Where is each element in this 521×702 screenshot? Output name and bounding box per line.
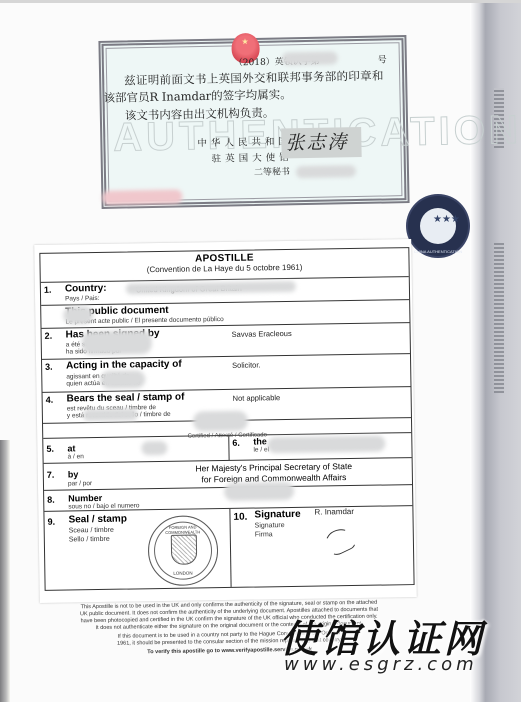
signature-scribble [322, 524, 358, 558]
certificate-text-line3: 该文书内容由出文机构负责。 [125, 105, 275, 124]
certificate-text-line2: 该部官员R Inamdar的签字均属实。 [103, 86, 292, 106]
top-edge [0, 0, 521, 3]
redacted-date [102, 189, 182, 205]
apostille-table: APOSTILLE (Convention de La Haye du 5 oc… [39, 247, 414, 591]
handwritten-signature: 张志涛 [281, 127, 362, 159]
brand-url: www.esgrz.com [284, 654, 478, 675]
apostille-document: APOSTILLE (Convention de La Haye du 5 oc… [34, 239, 417, 603]
redacted-number [282, 51, 338, 65]
redacted-name [296, 165, 356, 178]
seal-of-value: Not applicable [233, 393, 281, 403]
field-signature: 10. Signature Signature Firma R. Inamdar [230, 506, 413, 587]
embassy-authentication-certificate: ★ AUTHENTICATION （2018）英领认字第号 兹证明前面文书上英国… [98, 35, 409, 209]
fco-seal: FOREIGN AND COMMONWEALTH OFFICE LONDON [147, 515, 218, 586]
field-at: 5. at à / en [43, 436, 229, 463]
signature-name: R. Inamdar [314, 507, 354, 517]
fields-9-10: 9. Seal / stamp Sceau / timbre Sello / t… [44, 506, 413, 590]
royal-coat-of-arms-icon [171, 534, 197, 564]
capacity-value: Solicitor. [232, 360, 260, 369]
field-seal-stamp: 9. Seal / stamp Sceau / timbre Sello / t… [44, 509, 231, 590]
stamp-text: CHINA AUTHENTICATION [411, 249, 465, 254]
page-shadow-left [0, 440, 10, 702]
certificate-text-line1: 兹证明前面文书上英国外交和联邦事务部的印章和 [124, 68, 384, 89]
signer-country: 中华人民共和国 [197, 133, 292, 149]
embassy-round-stamp: ★★★ CHINA AUTHENTICATION [408, 196, 468, 256]
signer-title: 二等秘书 [254, 164, 290, 178]
star-icon: ★★★ [433, 214, 460, 225]
field-date: 6. the le / el [229, 433, 411, 460]
signed-by-value: Savvas Eracleous [232, 329, 292, 339]
